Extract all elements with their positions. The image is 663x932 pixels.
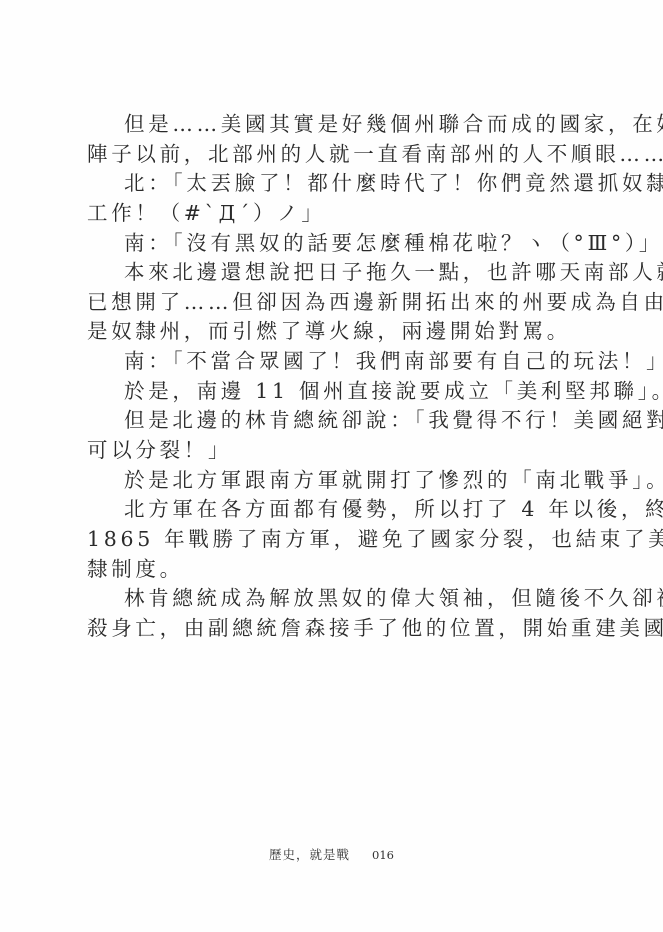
text-line: 陣子以前，北部州的人就一直看南部州的人不順眼……	[87, 140, 575, 170]
text-line: 北：「太丟臉了！都什麼時代了！你們竟然還抓奴隸來	[87, 169, 575, 199]
text-line: 已想開了……但卻因為西邊新開拓出來的州要成為自由州還	[87, 288, 575, 318]
book-title: 歷史，就是戰	[269, 847, 350, 862]
text-line: 於是北方軍跟南方軍就開打了慘烈的「南北戰爭」。	[87, 466, 575, 496]
text-line: 工作！（#`Д´）ノ」	[87, 199, 575, 229]
text-line: 1865 年戰勝了南方軍，避免了國家分裂，也結束了美國的奴	[87, 525, 575, 555]
text-line: 隸制度。	[87, 555, 575, 585]
book-page: 但是……美國其實是好幾個州聯合而成的國家，在好一 陣子以前，北部州的人就一直看南…	[0, 0, 663, 932]
page-number: 016	[372, 848, 394, 862]
text-line: 可以分裂！」	[87, 436, 575, 466]
text-line: 南：「沒有黑奴的話要怎麼種棉花啦？ヽ（°Ⅲ°）」	[87, 229, 575, 259]
text-line: 但是北邊的林肯總統卻說：「我覺得不行！美國絕對不	[87, 406, 575, 436]
text-line: 南：「不當合眾國了！我們南部要有自己的玩法！」	[87, 347, 575, 377]
text-line: 但是……美國其實是好幾個州聯合而成的國家，在好一	[87, 110, 575, 140]
text-line: 本來北邊還想說把日子拖久一點，也許哪天南部人就自	[87, 258, 575, 288]
body-text: 但是……美國其實是好幾個州聯合而成的國家，在好一 陣子以前，北部州的人就一直看南…	[87, 110, 575, 644]
page-footer: 歷史，就是戰 016	[0, 845, 663, 863]
text-line: 殺身亡，由副總統詹森接手了他的位置，開始重建美國。	[87, 614, 575, 644]
text-line: 於是，南邊 11 個州直接說要成立「美利堅邦聯」。	[87, 377, 575, 407]
text-line: 是奴隸州，而引燃了導火線，兩邊開始對罵。	[87, 317, 575, 347]
text-line: 林肯總統成為解放黑奴的偉大領袖，但隨後不久卻被刺	[87, 584, 575, 614]
text-line: 北方軍在各方面都有優勢，所以打了 4 年以後，終於在	[87, 495, 575, 525]
